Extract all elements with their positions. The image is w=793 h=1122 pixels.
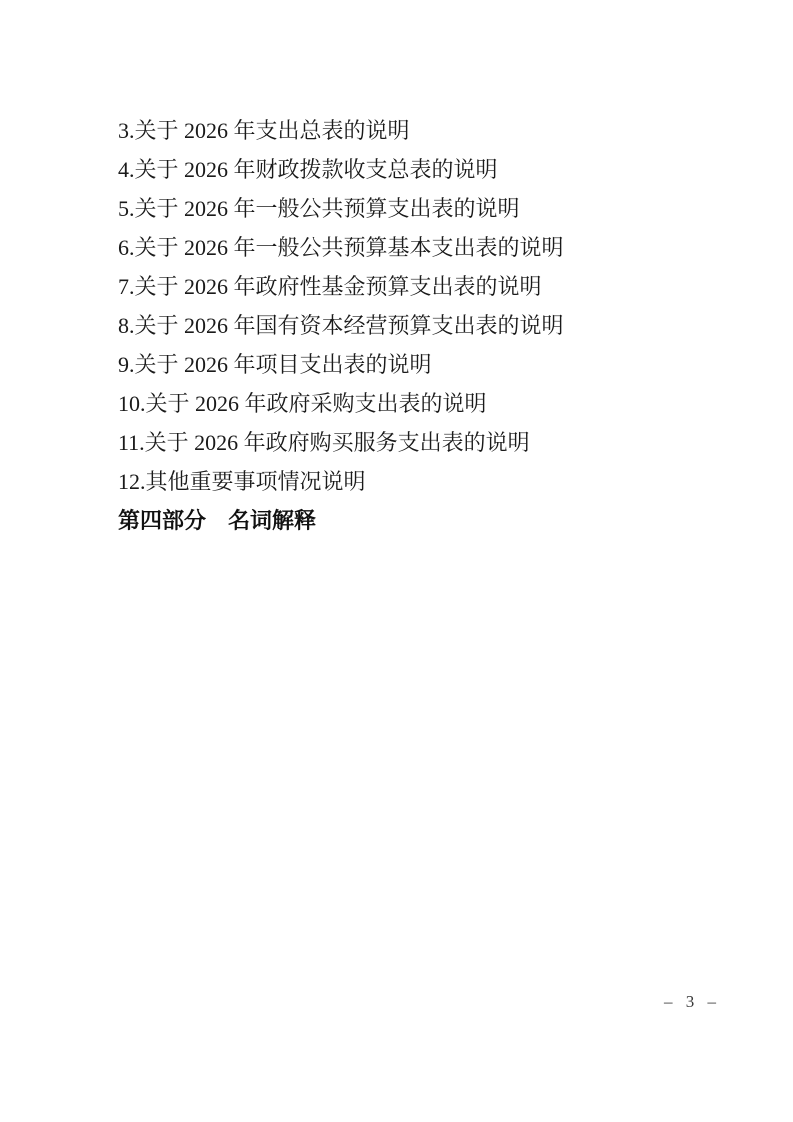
toc-item-6: 6.关于 2026 年一般公共预算基本支出表的说明 xyxy=(118,228,693,267)
section-heading: 第四部分 名词解释 xyxy=(118,501,693,540)
toc-item-7: 7.关于 2026 年政府性基金预算支出表的说明 xyxy=(118,267,693,306)
toc-item-9: 9.关于 2026 年项目支出表的说明 xyxy=(118,345,693,384)
toc-item-4: 4.关于 2026 年财政拨款收支总表的说明 xyxy=(118,150,693,189)
toc-item-12: 12.其他重要事项情况说明 xyxy=(118,462,693,501)
toc-item-11: 11.关于 2026 年政府购买服务支出表的说明 xyxy=(118,423,693,462)
document-page: 3.关于 2026 年支出总表的说明 4.关于 2026 年财政拨款收支总表的说… xyxy=(0,0,793,1122)
toc-section: 3.关于 2026 年支出总表的说明 4.关于 2026 年财政拨款收支总表的说… xyxy=(118,111,693,540)
toc-item-5: 5.关于 2026 年一般公共预算支出表的说明 xyxy=(118,189,693,228)
page-number: – 3 – xyxy=(664,992,717,1011)
toc-item-10: 10.关于 2026 年政府采购支出表的说明 xyxy=(118,384,693,423)
page-footer: – 3 – xyxy=(664,992,717,1012)
toc-item-8: 8.关于 2026 年国有资本经营预算支出表的说明 xyxy=(118,306,693,345)
toc-item-3: 3.关于 2026 年支出总表的说明 xyxy=(118,111,693,150)
